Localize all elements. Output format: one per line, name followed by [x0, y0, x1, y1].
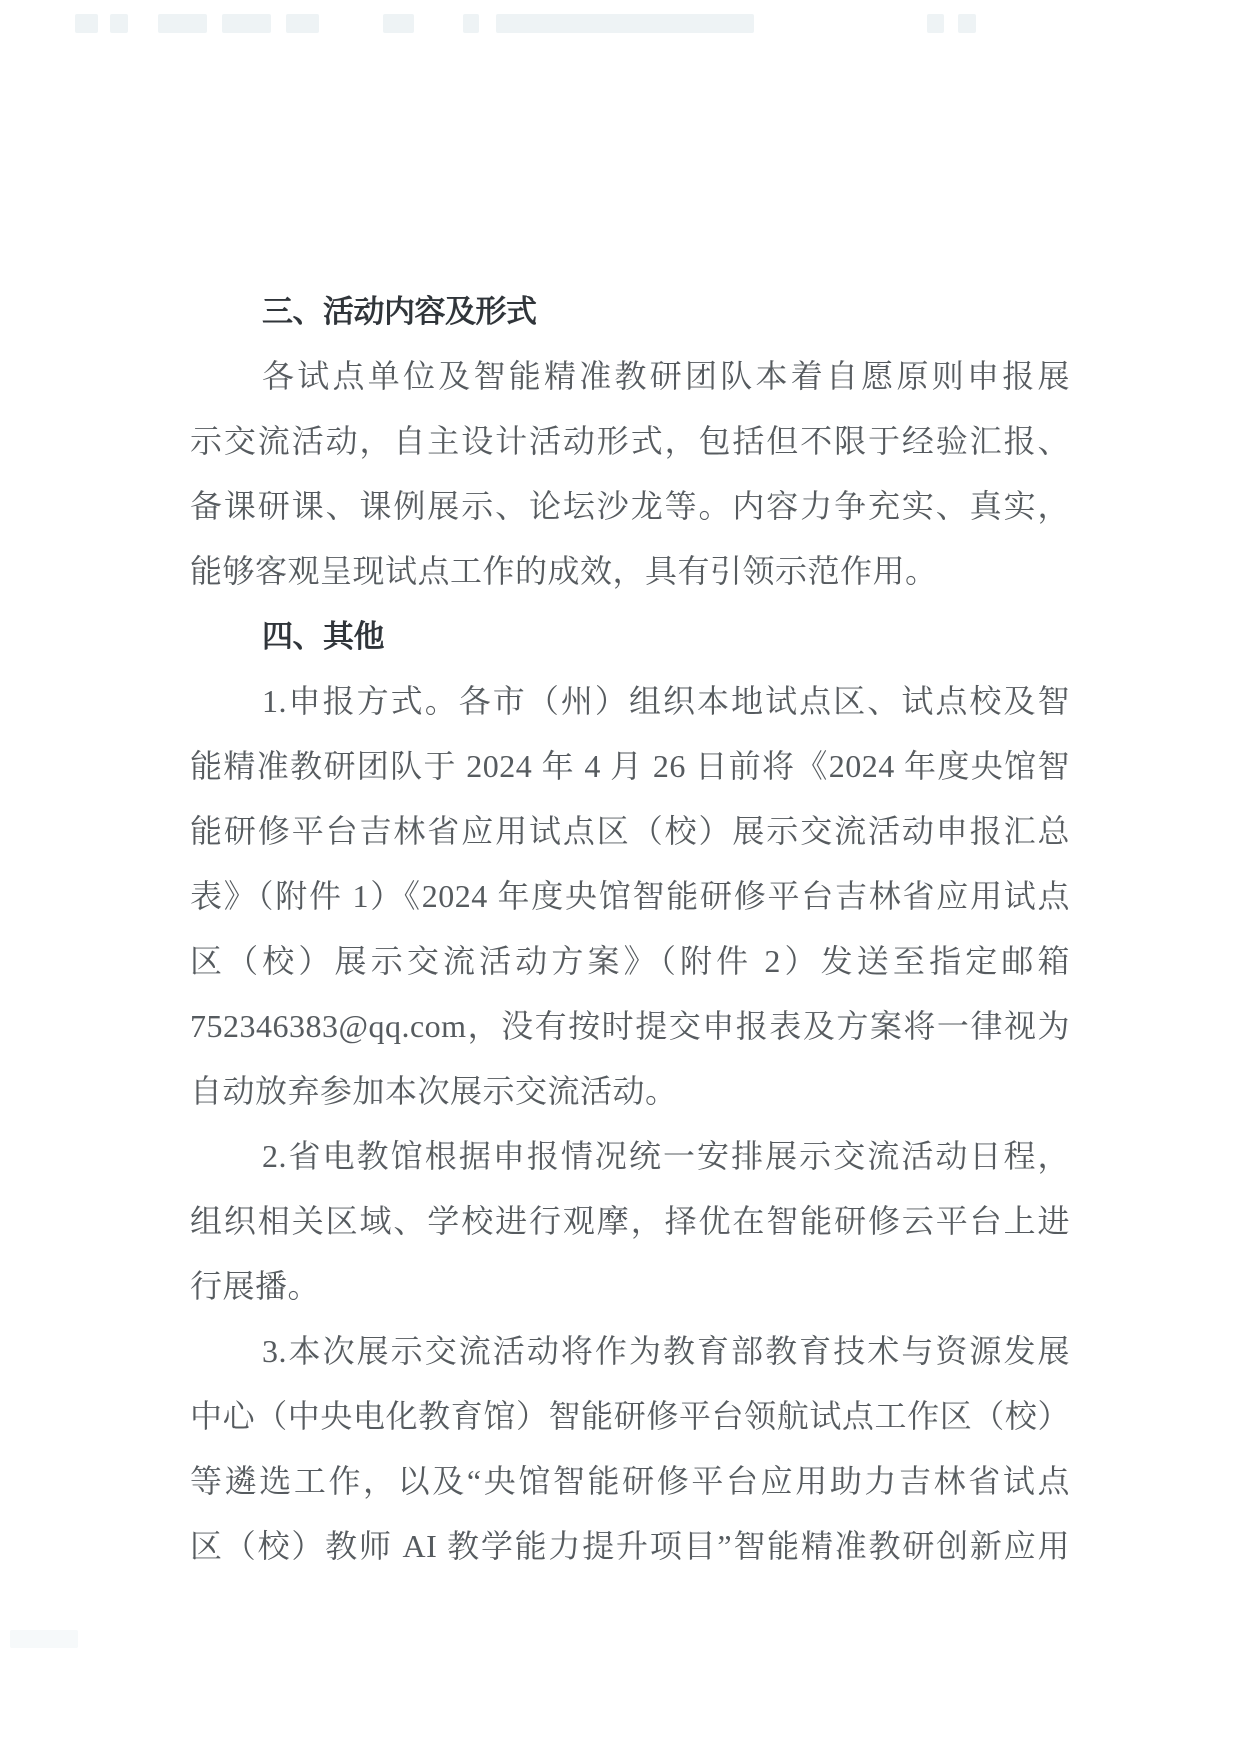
scan-artifact: [222, 14, 271, 33]
text-line: 表》（附件 1）《2024 年度央馆智能研修平台吉林省应用试点: [190, 864, 1070, 929]
scan-artifact: [958, 14, 976, 33]
text-line: 区（校）展示交流活动方案》（附件 2）发送至指定邮箱: [190, 929, 1070, 994]
text-line: 各试点单位及智能精准教研团队本着自愿原则申报展: [190, 344, 1070, 409]
scan-artifact: [286, 14, 319, 33]
scan-artifact: [927, 14, 944, 33]
scan-artifact: [158, 14, 207, 33]
text-line: 能研修平台吉林省应用试点区（校）展示交流活动申报汇总: [190, 799, 1070, 864]
text-line: 备课研课、课例展示、论坛沙龙等。内容力争充实、真实，: [190, 474, 1070, 539]
text-line: 示交流活动，自主设计活动形式，包括但不限于经验汇报、: [190, 409, 1070, 474]
text-line: 能够客观呈现试点工作的成效，具有引领示范作用。: [190, 539, 1070, 604]
text-line: 等遴选工作，以及“央馆智能研修平台应用助力吉林省试点: [190, 1449, 1070, 1514]
scan-artifact: [110, 14, 128, 33]
scan-artifact: [496, 14, 754, 33]
text-line: 自动放弃参加本次展示交流活动。: [190, 1059, 1070, 1124]
scan-artifact: [75, 14, 98, 33]
section-heading-3: 三、活动内容及形式: [190, 279, 1070, 344]
text-line: 3.本次展示交流活动将作为教育部教育技术与资源发展: [190, 1319, 1070, 1384]
text-line: 752346383@qq.com，没有按时提交申报表及方案将一律视为: [190, 994, 1070, 1059]
scan-artifact: [383, 14, 414, 33]
text-line: 组织相关区域、学校进行观摩，择优在智能研修云平台上进: [190, 1189, 1070, 1254]
text-line: 区（校）教师 AI 教学能力提升项目”智能精准教研创新应用: [190, 1514, 1070, 1579]
scan-artifact: [463, 14, 479, 33]
text-line: 1.申报方式。各市（州）组织本地试点区、试点校及智: [190, 669, 1070, 734]
section-heading-4: 四、其他: [190, 604, 1070, 669]
scan-artifact: [10, 1630, 78, 1648]
document-body: 三、活动内容及形式 各试点单位及智能精准教研团队本着自愿原则申报展 示交流活动，…: [190, 279, 1070, 1579]
text-line: 2.省电教馆根据申报情况统一安排展示交流活动日程，: [190, 1124, 1070, 1189]
text-line: 中心（中央电化教育馆）智能研修平台领航试点工作区（校）: [190, 1384, 1070, 1449]
text-line: 行展播。: [190, 1254, 1070, 1319]
document-page: 三、活动内容及形式 各试点单位及智能精准教研团队本着自愿原则申报展 示交流活动，…: [0, 0, 1240, 1754]
text-line: 能精准教研团队于 2024 年 4 月 26 日前将《2024 年度央馆智: [190, 734, 1070, 799]
